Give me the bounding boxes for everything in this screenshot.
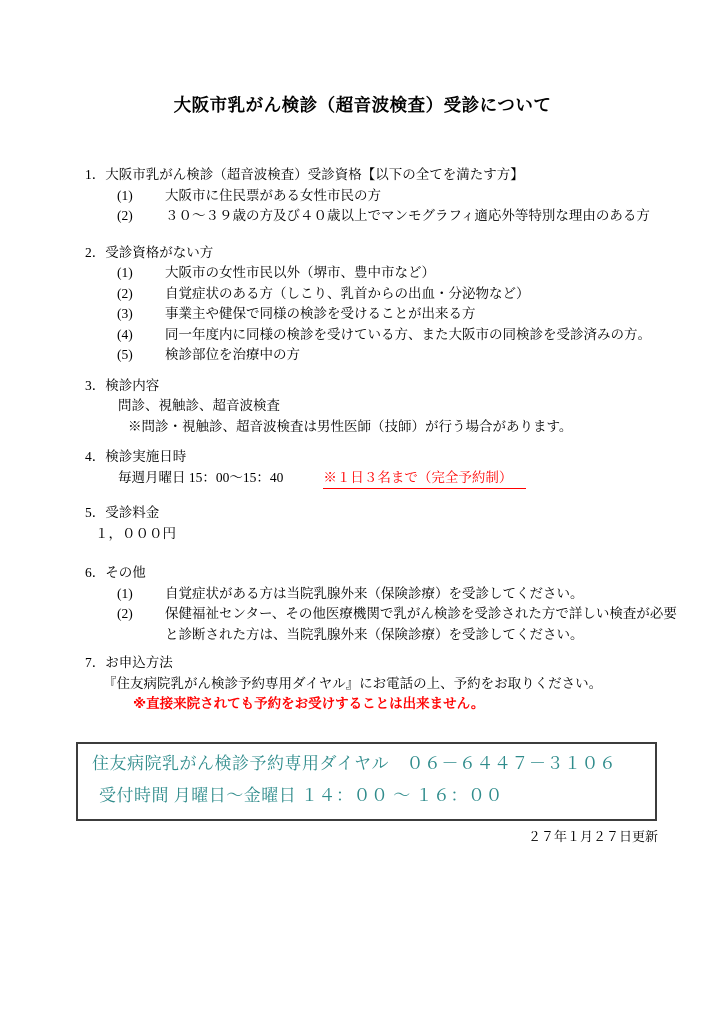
section-fee: 5．受診料金 １，０００円 — [0, 503, 725, 544]
item-text: 保健福祉センター、その他医療機関で乳がん検診を受診された方で詳しい検査が必要と診… — [165, 604, 685, 645]
item-number: (2) — [117, 604, 165, 645]
reception-hours-line: 受付時間 月曜日～金曜日 １４：００ ～ １６：００ — [99, 787, 655, 804]
section-2-number: 2． — [85, 245, 105, 260]
section-other: 6．その他 (1) 自覚症状がある方は当院乳腺外来（保険診療）を受診してください… — [0, 563, 725, 645]
item-number: (1) — [117, 186, 165, 207]
item-number: (5) — [117, 345, 165, 366]
section-1-number: 1． — [85, 167, 105, 182]
list-item: (2) ３０～３９歳の方及び４０歳以上でマンモグラフィ適応外等特別な理由のある方 — [117, 206, 725, 227]
application-instruction: 『住友病院乳がん検診予約専用ダイヤル』にお電話の上、予約をお取りください。 — [103, 674, 725, 695]
list-item: (2) 保健福祉センター、その他医療機関で乳がん検診を受診された方で詳しい検査が… — [117, 604, 725, 645]
section-1-heading: 1．大阪市乳がん検診（超音波検査）受診資格【以下の全てを満たす方】 — [85, 165, 725, 186]
list-item: (1) 大阪市に住民票がある女性市民の方 — [117, 186, 725, 207]
section-6-title: その他 — [105, 565, 146, 580]
section-7-heading: 7．お申込方法 — [85, 653, 725, 674]
item-number: (2) — [117, 206, 165, 227]
section-4-title: 検診実施日時 — [105, 449, 186, 464]
section-6-number: 6． — [85, 565, 105, 580]
list-item: (2) 自覚症状のある方（しこり、乳首からの出血・分泌物など） — [117, 284, 725, 305]
item-number: (3) — [117, 304, 165, 325]
list-item: (1) 大阪市の女性市民以外（堺市、豊中市など） — [117, 263, 725, 284]
section-3-heading: 3．検診内容 — [85, 376, 725, 397]
document-body: 1．大阪市乳がん検診（超音波検査）受診資格【以下の全てを満たす方】 (1) 大阪… — [0, 165, 725, 847]
section-2-title: 受診資格がない方 — [105, 245, 213, 260]
section-4-heading: 4．検診実施日時 — [85, 447, 725, 468]
section-7-number: 7． — [85, 655, 105, 670]
section-6-heading: 6．その他 — [85, 563, 725, 584]
section-2-heading: 2．受診資格がない方 — [85, 243, 725, 264]
list-item: (4) 同一年度内に同様の検診を受けている方、また大阪市の同検診を受診済みの方。 — [117, 325, 725, 346]
item-text: 自覚症状がある方は当院乳腺外来（保険診療）を受診してください。 — [165, 584, 584, 605]
section-5-number: 5． — [85, 505, 105, 520]
section-3-number: 3． — [85, 378, 105, 393]
document-page: 大阪市乳がん検診（超音波検査）受診について 1．大阪市乳がん検診（超音波検査）受… — [0, 0, 725, 1024]
exam-content-line: 問診、視触診、超音波検査 — [118, 396, 725, 417]
list-item: (3) 事業主や健保で同様の検診を受けることが出来る方 — [117, 304, 725, 325]
fee-amount: １，０００円 — [95, 524, 725, 545]
item-number: (1) — [117, 263, 165, 284]
section-7-title: お申込方法 — [105, 655, 173, 670]
item-text: 大阪市の女性市民以外（堺市、豊中市など） — [165, 263, 435, 284]
item-number: (2) — [117, 284, 165, 305]
page-title: 大阪市乳がん検診（超音波検査）受診について — [0, 0, 725, 117]
capacity-note: ※１日３名まで（完全予約制） — [323, 468, 526, 490]
item-text: 同一年度内に同様の検診を受けている方、また大阪市の同検診を受診済みの方。 — [165, 325, 651, 346]
exam-content-note: ※問診・視触診、超音波検査は男性医師（技師）が行う場合があります。 — [128, 417, 725, 438]
list-item: (5) 検診部位を治療中の方 — [117, 345, 725, 366]
item-text: ３０～３９歳の方及び４０歳以上でマンモグラフィ適応外等特別な理由のある方 — [165, 206, 650, 227]
contact-box: 住友病院乳がん検診予約専用ダイヤル ０６－６４４７－３１０６ 受付時間 月曜日～… — [76, 742, 657, 821]
section-exam-content: 3．検診内容 問診、視触診、超音波検査 ※問診・視触診、超音波検査は男性医師（技… — [0, 376, 725, 438]
section-5-title: 受診料金 — [105, 505, 159, 520]
section-4-number: 4． — [85, 449, 105, 464]
item-text: 大阪市に住民票がある女性市民の方 — [165, 186, 381, 207]
section-eligibility: 1．大阪市乳がん検診（超音波検査）受診資格【以下の全てを満たす方】 (1) 大阪… — [0, 165, 725, 227]
section-not-eligible: 2．受診資格がない方 (1) 大阪市の女性市民以外（堺市、豊中市など） (2) … — [0, 243, 725, 366]
schedule-text: 毎週月曜日 15：00～15：40 — [118, 470, 283, 485]
section-5-heading: 5．受診料金 — [85, 503, 725, 524]
schedule-row: 毎週月曜日 15：00～15：40※１日３名まで（完全予約制） — [118, 468, 725, 490]
section-3-title: 検診内容 — [105, 378, 159, 393]
reservation-dial-line: 住友病院乳がん検診予約専用ダイヤル ０６－６４４７－３１０６ — [92, 755, 655, 772]
updated-date: ２７年１月２７日更新 — [0, 827, 658, 848]
section-schedule: 4．検診実施日時 毎週月曜日 15：00～15：40※１日３名まで（完全予約制） — [0, 447, 725, 489]
list-item: (1) 自覚症状がある方は当院乳腺外来（保険診療）を受診してください。 — [117, 584, 725, 605]
item-number: (1) — [117, 584, 165, 605]
section-application: 7．お申込方法 『住友病院乳がん検診予約専用ダイヤル』にお電話の上、予約をお取り… — [0, 653, 725, 715]
item-text: 事業主や健保で同様の検診を受けることが出来る方 — [165, 304, 476, 325]
reservation-warning: ※直接来院されても予約をお受けすることは出来ません。 — [133, 694, 725, 715]
item-text: 自覚症状のある方（しこり、乳首からの出血・分泌物など） — [165, 284, 530, 305]
section-1-title: 大阪市乳がん検診（超音波検査）受診資格【以下の全てを満たす方】 — [105, 167, 524, 182]
item-number: (4) — [117, 325, 165, 346]
item-text: 検診部位を治療中の方 — [165, 345, 300, 366]
